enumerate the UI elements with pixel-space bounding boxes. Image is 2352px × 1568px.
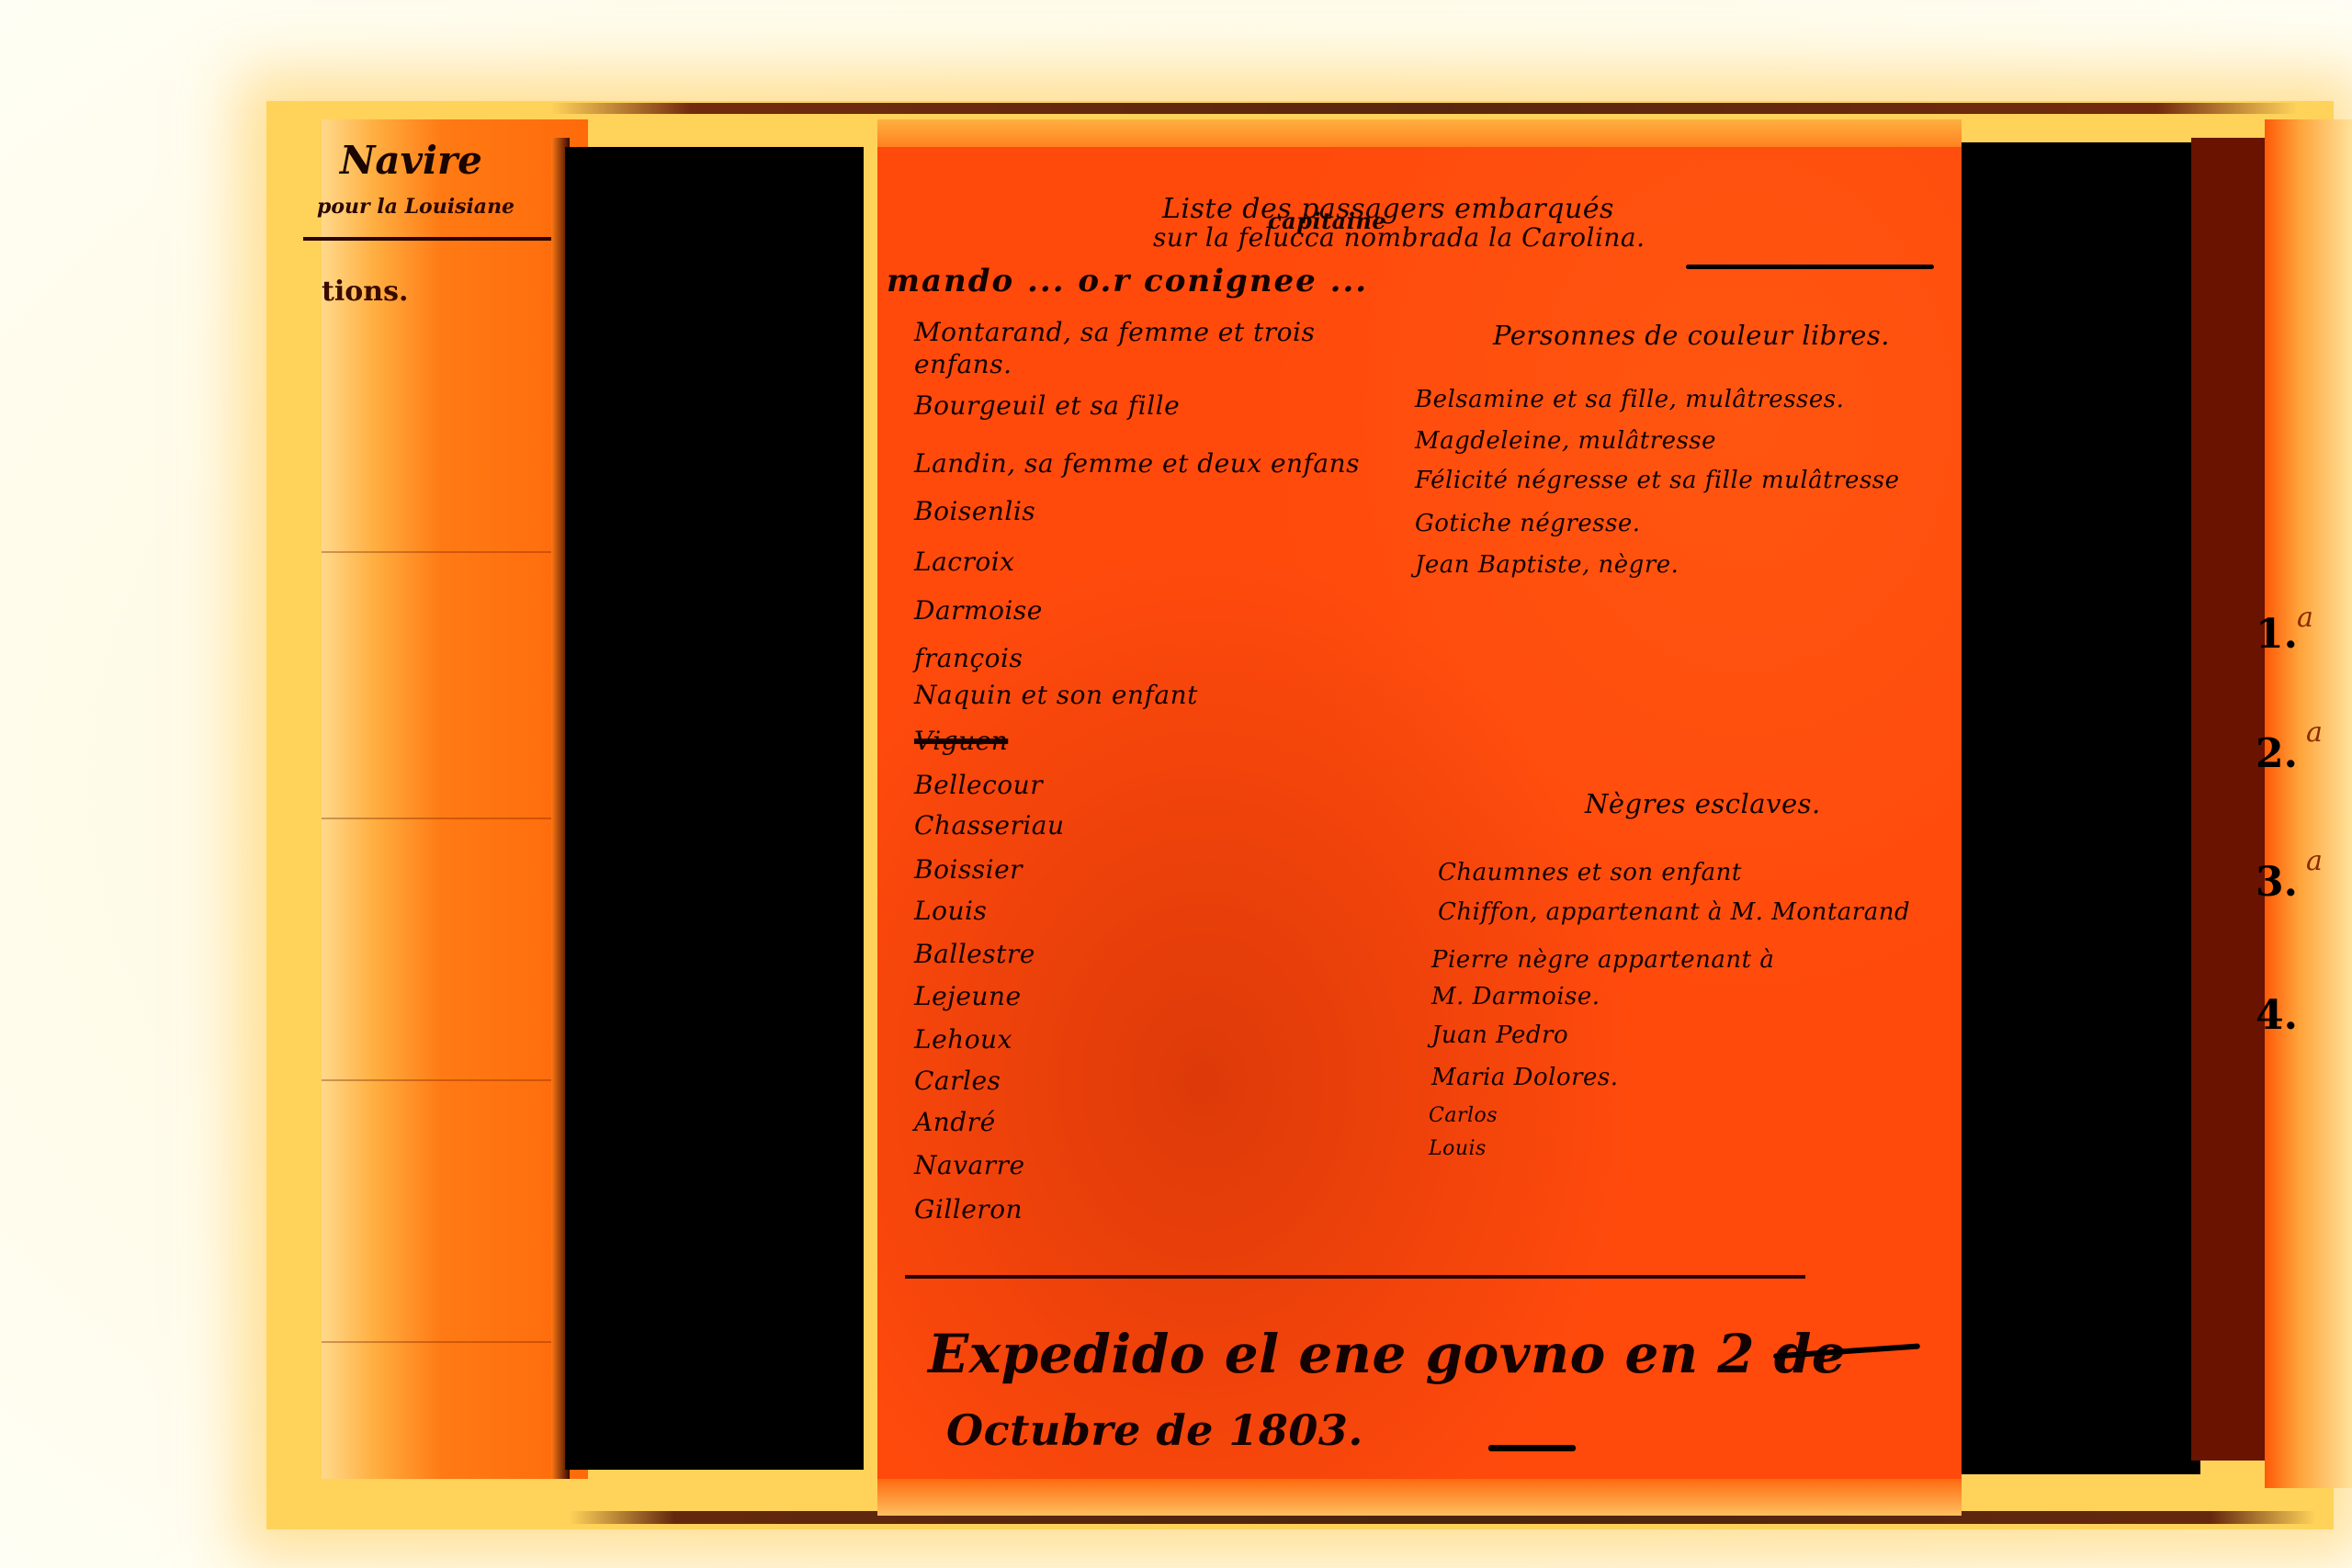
slave-entry: M. Darmoise. bbox=[1431, 983, 1600, 1010]
left-page-title: Navire bbox=[340, 138, 482, 183]
left-page-subtitle: pour la Louisiane bbox=[317, 195, 514, 219]
passenger-entry: Carles bbox=[914, 1066, 1001, 1096]
frame-top-edge bbox=[551, 103, 2297, 114]
left-page-word: tions. bbox=[322, 276, 408, 308]
document-title-line2: sur la felucca nombrada la Carolina. bbox=[1153, 222, 1645, 253]
margin-letter: a bbox=[2306, 716, 2323, 749]
passenger-entry: Lejeune bbox=[914, 981, 1022, 1011]
passenger-entry: Bourgeuil et sa fille bbox=[914, 390, 1180, 421]
document-divider-rule bbox=[905, 1275, 1805, 1279]
passenger-entry: Navarre bbox=[914, 1150, 1025, 1180]
free-person-entry: Gotiche négresse. bbox=[1415, 510, 1641, 537]
document-title-line1: Liste des passagers embarqués bbox=[1162, 193, 1614, 225]
passenger-entry: Boissier bbox=[914, 854, 1023, 885]
passenger-entry: Lehoux bbox=[914, 1024, 1012, 1055]
passenger-entry: Louis bbox=[914, 896, 987, 926]
passenger-entry: Lacroix bbox=[914, 547, 1014, 577]
slave-entry: Juan Pedro bbox=[1431, 1021, 1568, 1049]
free-person-entry: Magdeleine, mulâtresse bbox=[1415, 427, 1716, 455]
passenger-entry-struck: Viguen bbox=[914, 726, 1008, 756]
slave-entry: Pierre nègre appartenant à bbox=[1431, 946, 1774, 974]
free-person-entry: Jean Baptiste, nègre. bbox=[1415, 551, 1679, 579]
left-page-rule bbox=[322, 818, 588, 819]
left-title-rule bbox=[303, 237, 579, 241]
bold-annotation-rule bbox=[1686, 265, 1934, 269]
slave-entry: Chaumnes et son enfant bbox=[1438, 859, 1742, 886]
passenger-entry: Chasseriau bbox=[914, 810, 1065, 840]
slave-entry: Louis bbox=[1429, 1137, 1487, 1160]
free-person-entry: Belsamine et sa fille, mulâtresses. bbox=[1415, 386, 1844, 413]
passenger-entry: Naquin et son enfant bbox=[914, 680, 1198, 710]
margin-number: 1. bbox=[2256, 611, 2298, 658]
free-people-heading: Personnes de couleur libres. bbox=[1493, 320, 1890, 351]
slaves-heading: Nègres esclaves. bbox=[1585, 788, 1821, 819]
left-page-rule bbox=[322, 1341, 588, 1343]
slave-entry: Maria Dolores. bbox=[1431, 1064, 1619, 1091]
footer-line2: Octubre de 1803. bbox=[946, 1405, 1363, 1455]
margin-number: 3. bbox=[2256, 859, 2298, 906]
document-bottom-edge bbox=[877, 1479, 1962, 1516]
passenger-entry: Bellecour bbox=[914, 770, 1043, 800]
right-page-fade bbox=[2265, 119, 2352, 1488]
passenger-entry: Gilleron bbox=[914, 1194, 1023, 1224]
passenger-entry: Ballestre bbox=[914, 939, 1035, 969]
slave-entry: Chiffon, appartenant à M. Montarand bbox=[1438, 898, 1910, 926]
bold-annotation: mando ... o.r conignee ... bbox=[887, 263, 1368, 299]
right-page-strip bbox=[2191, 138, 2265, 1461]
left-page-rule bbox=[322, 551, 588, 553]
passenger-entry: Darmoise bbox=[914, 595, 1043, 626]
black-mask-left bbox=[565, 147, 864, 1470]
margin-number: 4. bbox=[2256, 992, 2298, 1039]
passenger-entry: André bbox=[914, 1107, 996, 1137]
slave-entry: Carlos bbox=[1429, 1104, 1498, 1127]
left-page bbox=[322, 119, 588, 1479]
footer-dash bbox=[1488, 1445, 1576, 1451]
margin-letter: a bbox=[2306, 845, 2323, 877]
passenger-entry: françois bbox=[914, 643, 1023, 673]
left-page-rule bbox=[322, 1079, 588, 1081]
passenger-entry: Boisenlis bbox=[914, 496, 1035, 526]
passenger-entry: enfans. bbox=[914, 349, 1012, 379]
margin-letter: a bbox=[2297, 602, 2313, 634]
passenger-entry: Landin, sa femme et deux enfans bbox=[914, 448, 1360, 479]
passenger-entry: Montarand, sa femme et trois bbox=[914, 317, 1315, 347]
black-mask-right bbox=[1962, 142, 2200, 1474]
free-person-entry: Félicité négresse et sa fille mulâtresse bbox=[1415, 467, 1900, 494]
footer-line1: Expedido el ene govno en 2 de bbox=[928, 1323, 1846, 1385]
margin-number: 2. bbox=[2256, 730, 2298, 777]
